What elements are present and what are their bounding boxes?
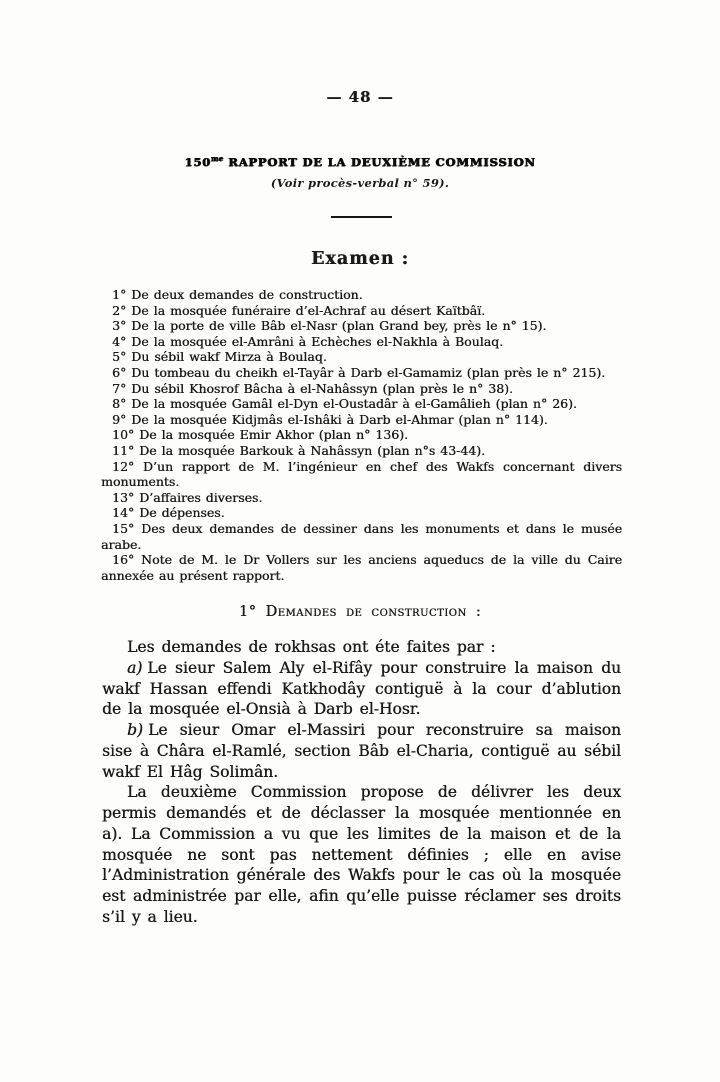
examen-item: 5° Du sébil wakf Mirza à Boulaq. [101, 349, 622, 365]
examen-item: 14° De dépenses. [101, 505, 622, 521]
section-heading: 1° Demandes de construction : [0, 604, 720, 620]
examen-item: 12° D’un rapport de M. l’ingénieur en ch… [101, 459, 622, 490]
paragraph: a)Le sieur Salem Aly el-Rifây pour const… [102, 658, 621, 720]
report-title: 150me RAPPORT DE LA DEUXIÈME COMMISSION [0, 154, 720, 169]
report-number-ordinal: me [211, 154, 223, 163]
paragraph-marker: a) [127, 659, 142, 677]
paragraph-text: Le sieur Salem Aly el-Rifây pour constru… [102, 659, 621, 719]
examen-item: 4° De la mosquée el-Amrâni à Echèches el… [101, 334, 622, 350]
examen-item: 15° Des deux demandes de dessiner dans l… [101, 521, 622, 552]
document-page: — 48 — 150me RAPPORT DE LA DEUXIÈME COMM… [0, 0, 720, 1082]
examen-item: 3° De la porte de ville Bâb el-Nasr (pla… [101, 318, 622, 334]
report-title-text: RAPPORT DE LA DEUXIÈME COMMISSION [228, 155, 535, 169]
paragraph: Les demandes de rokhsas ont éte faites p… [102, 637, 621, 658]
examen-item: 2° De la mosquée funéraire d’el-Achraf a… [101, 303, 622, 319]
paragraph-text: Les demandes de rokhsas ont éte faites p… [127, 638, 495, 656]
examen-list: 1° De deux demandes de construction. 2° … [101, 287, 622, 583]
examen-item: 16° Note de M. le Dr Vollers sur les anc… [101, 552, 622, 583]
separator-rule [331, 216, 392, 218]
examen-heading: Examen : [0, 249, 720, 269]
examen-item: 13° D’affaires diverses. [101, 490, 622, 506]
examen-item: 10° De la mosquée Emir Akhor (plan n° 13… [101, 427, 622, 443]
paragraph-marker: b) [127, 721, 143, 739]
examen-item: 6° Du tombeau du cheikh el-Tayâr à Darb … [101, 365, 622, 381]
section-number: 1° [239, 604, 256, 620]
examen-item: 11° De la mosquée Barkouk à Nahâssyn (pl… [101, 443, 622, 459]
examen-item: 7° Du sébil Khosrof Bâcha à el-Nahâssyn … [101, 381, 622, 397]
examen-item: 1° De deux demandes de construction. [101, 287, 622, 303]
paragraph: La deuxième Commission propose de délivr… [102, 782, 621, 927]
paragraph: b)Le sieur Omar el-Massiri pour reconstr… [102, 720, 621, 782]
report-subtitle: (Voir procès-verbal n° 59). [0, 176, 720, 190]
examen-item: 9° De la mosquée Kidjmâs el-Ishâki à Dar… [101, 412, 622, 428]
page-number: — 48 — [0, 88, 720, 106]
section-title: Demandes de construction : [265, 604, 481, 620]
body-text: Les demandes de rokhsas ont éte faites p… [102, 637, 621, 928]
paragraph-text: Le sieur Omar el-Massiri pour reconstrui… [102, 721, 621, 781]
report-number: 150 [184, 155, 210, 169]
paragraph-text: La deuxième Commission propose de délivr… [102, 783, 621, 926]
examen-item: 8° De la mosquée Gamâl el-Dyn el-Oustadâ… [101, 396, 622, 412]
